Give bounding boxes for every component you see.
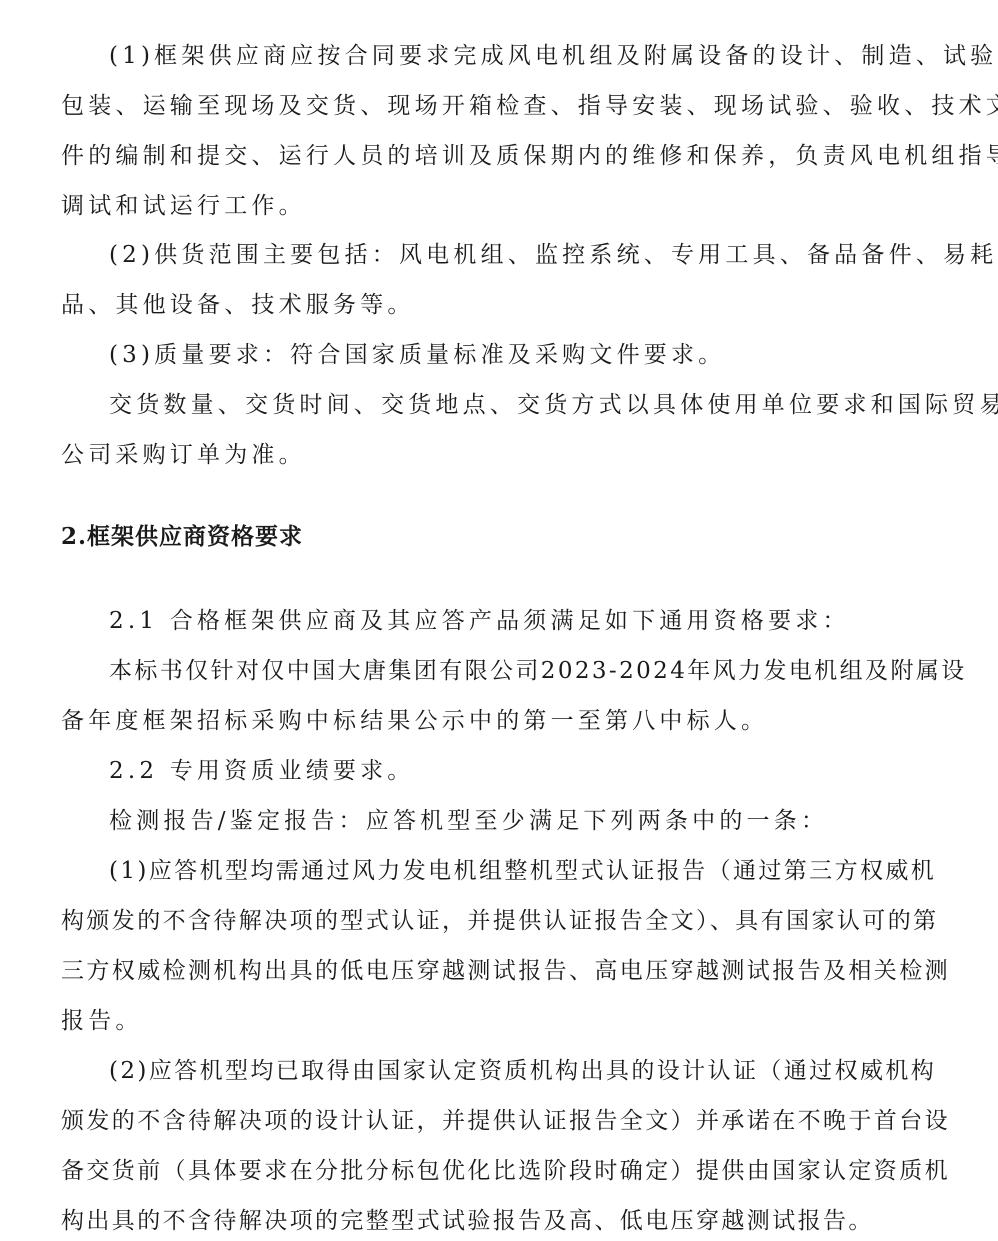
paragraph-line: 报告。 <box>61 1006 143 1036</box>
paragraph-line: 构出具的不含待解决项的完整型式试验报告及高、低电压穿越测试报告。 <box>61 1206 874 1236</box>
paragraph-line: 品、其他设备、技术服务等。 <box>61 290 415 320</box>
paragraph-line: 公司采购订单为准。 <box>61 440 306 470</box>
paragraph-line: 备年度框架招标采购中标结果公示中的第一至第八中标人。 <box>61 706 768 736</box>
paragraph-line: 备交货前（具体要求在分批分标包优化比选阶段时确定）提供由国家认定资质机 <box>61 1156 950 1186</box>
paragraph-line: 颁发的不含待解决项的设计认证，并提供认证报告全文）并承诺在不晚于首台设 <box>61 1106 950 1136</box>
paragraph-line: (2)应答机型均已取得由国家认定资质机构出具的设计认证（通过权威机构 <box>109 1056 936 1086</box>
paragraph-line: (1)应答机型均需通过风力发电机组整机型式认证报告（通过第三方权威机 <box>109 856 936 886</box>
paragraph-line: (1)框架供应商应按合同要求完成风电机组及附属设备的设计、制造、试验、 <box>109 41 998 71</box>
subsection-title: 2.2 专用资质业绩要求。 <box>109 756 415 786</box>
paragraph-line: (2)供货范围主要包括：风电机组、监控系统、专用工具、备品备件、易耗 <box>109 240 997 270</box>
subsection-title: 2.1 合格框架供应商及其应答产品须满足如下通用资格要求： <box>109 606 850 636</box>
paragraph-line: 调试和试运行工作。 <box>61 191 306 221</box>
paragraph-line: 包装、运输至现场及交货、现场开箱检查、指导安装、现场试验、验收、技术文 <box>61 91 998 121</box>
paragraph-line: 本标书仅针对仅中国大唐集团有限公司2023-2024年风力发电机组及附属设 <box>109 656 967 686</box>
paragraph-line: 交货数量、交货时间、交货地点、交货方式以具体使用单位要求和国际贸易 <box>109 390 998 420</box>
paragraph-line: 件的编制和提交、运行人员的培训及质保期内的维修和保养，负责风电机组指导 <box>61 141 998 171</box>
paragraph-line: 构颁发的不含待解决项的型式认证，并提供认证报告全文）、具有国家认可的第 <box>61 906 939 936</box>
document-page: (1)框架供应商应按合同要求完成风电机组及附属设备的设计、制造、试验、 包装、运… <box>0 0 998 1241</box>
paragraph-line: (3)质量要求：符合国家质量标准及采购文件要求。 <box>109 340 725 370</box>
paragraph-line: 三方权威检测机构出具的低电压穿越测试报告、高电压穿越测试报告及相关检测 <box>61 956 950 986</box>
section-heading: 2.框架供应商资格要求 <box>61 522 303 552</box>
paragraph-line: 检测报告/鉴定报告：应答机型至少满足下列两条中的一条： <box>109 806 828 836</box>
